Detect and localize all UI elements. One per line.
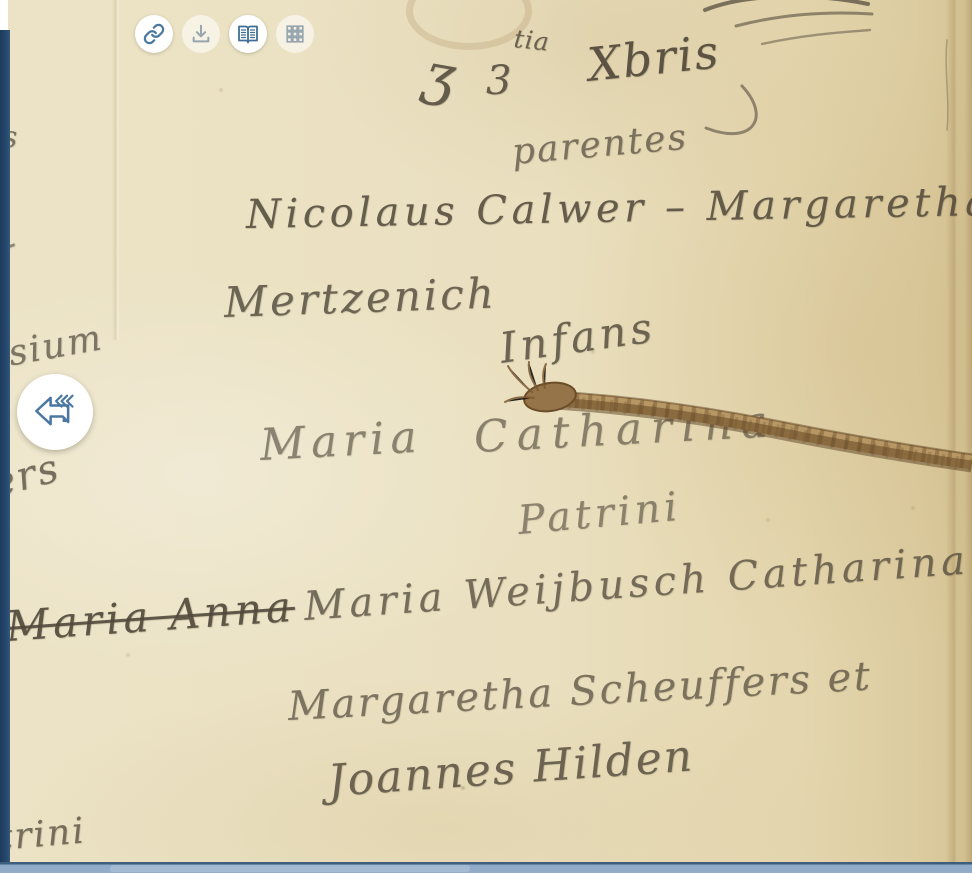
- horizontal-scrollbar[interactable]: [0, 862, 972, 873]
- paper-crease: [112, 0, 120, 340]
- thumbnail-grid-button[interactable]: [276, 15, 314, 53]
- page-fold-edge: [946, 0, 972, 862]
- book-open-icon: [236, 22, 260, 46]
- grid-icon: [284, 23, 306, 45]
- download-icon: [190, 23, 212, 45]
- link-icon: [143, 23, 165, 45]
- document-viewer: ʒ3tiaXbrisparentesNicolaus Calwer – Marg…: [0, 0, 972, 873]
- book-view-button[interactable]: [229, 15, 267, 53]
- download-button[interactable]: [182, 15, 220, 53]
- arrow-left-fast-rewind-icon: [32, 388, 78, 437]
- share-link-button[interactable]: [135, 15, 173, 53]
- previous-page-button[interactable]: [17, 374, 93, 450]
- ink-ring-stain: [406, 0, 532, 50]
- book-edge-strip: [0, 30, 10, 862]
- paper-speckles: [8, 0, 972, 862]
- horizontal-scrollbar-thumb[interactable]: [110, 865, 470, 872]
- manuscript-page-image[interactable]: [8, 0, 972, 862]
